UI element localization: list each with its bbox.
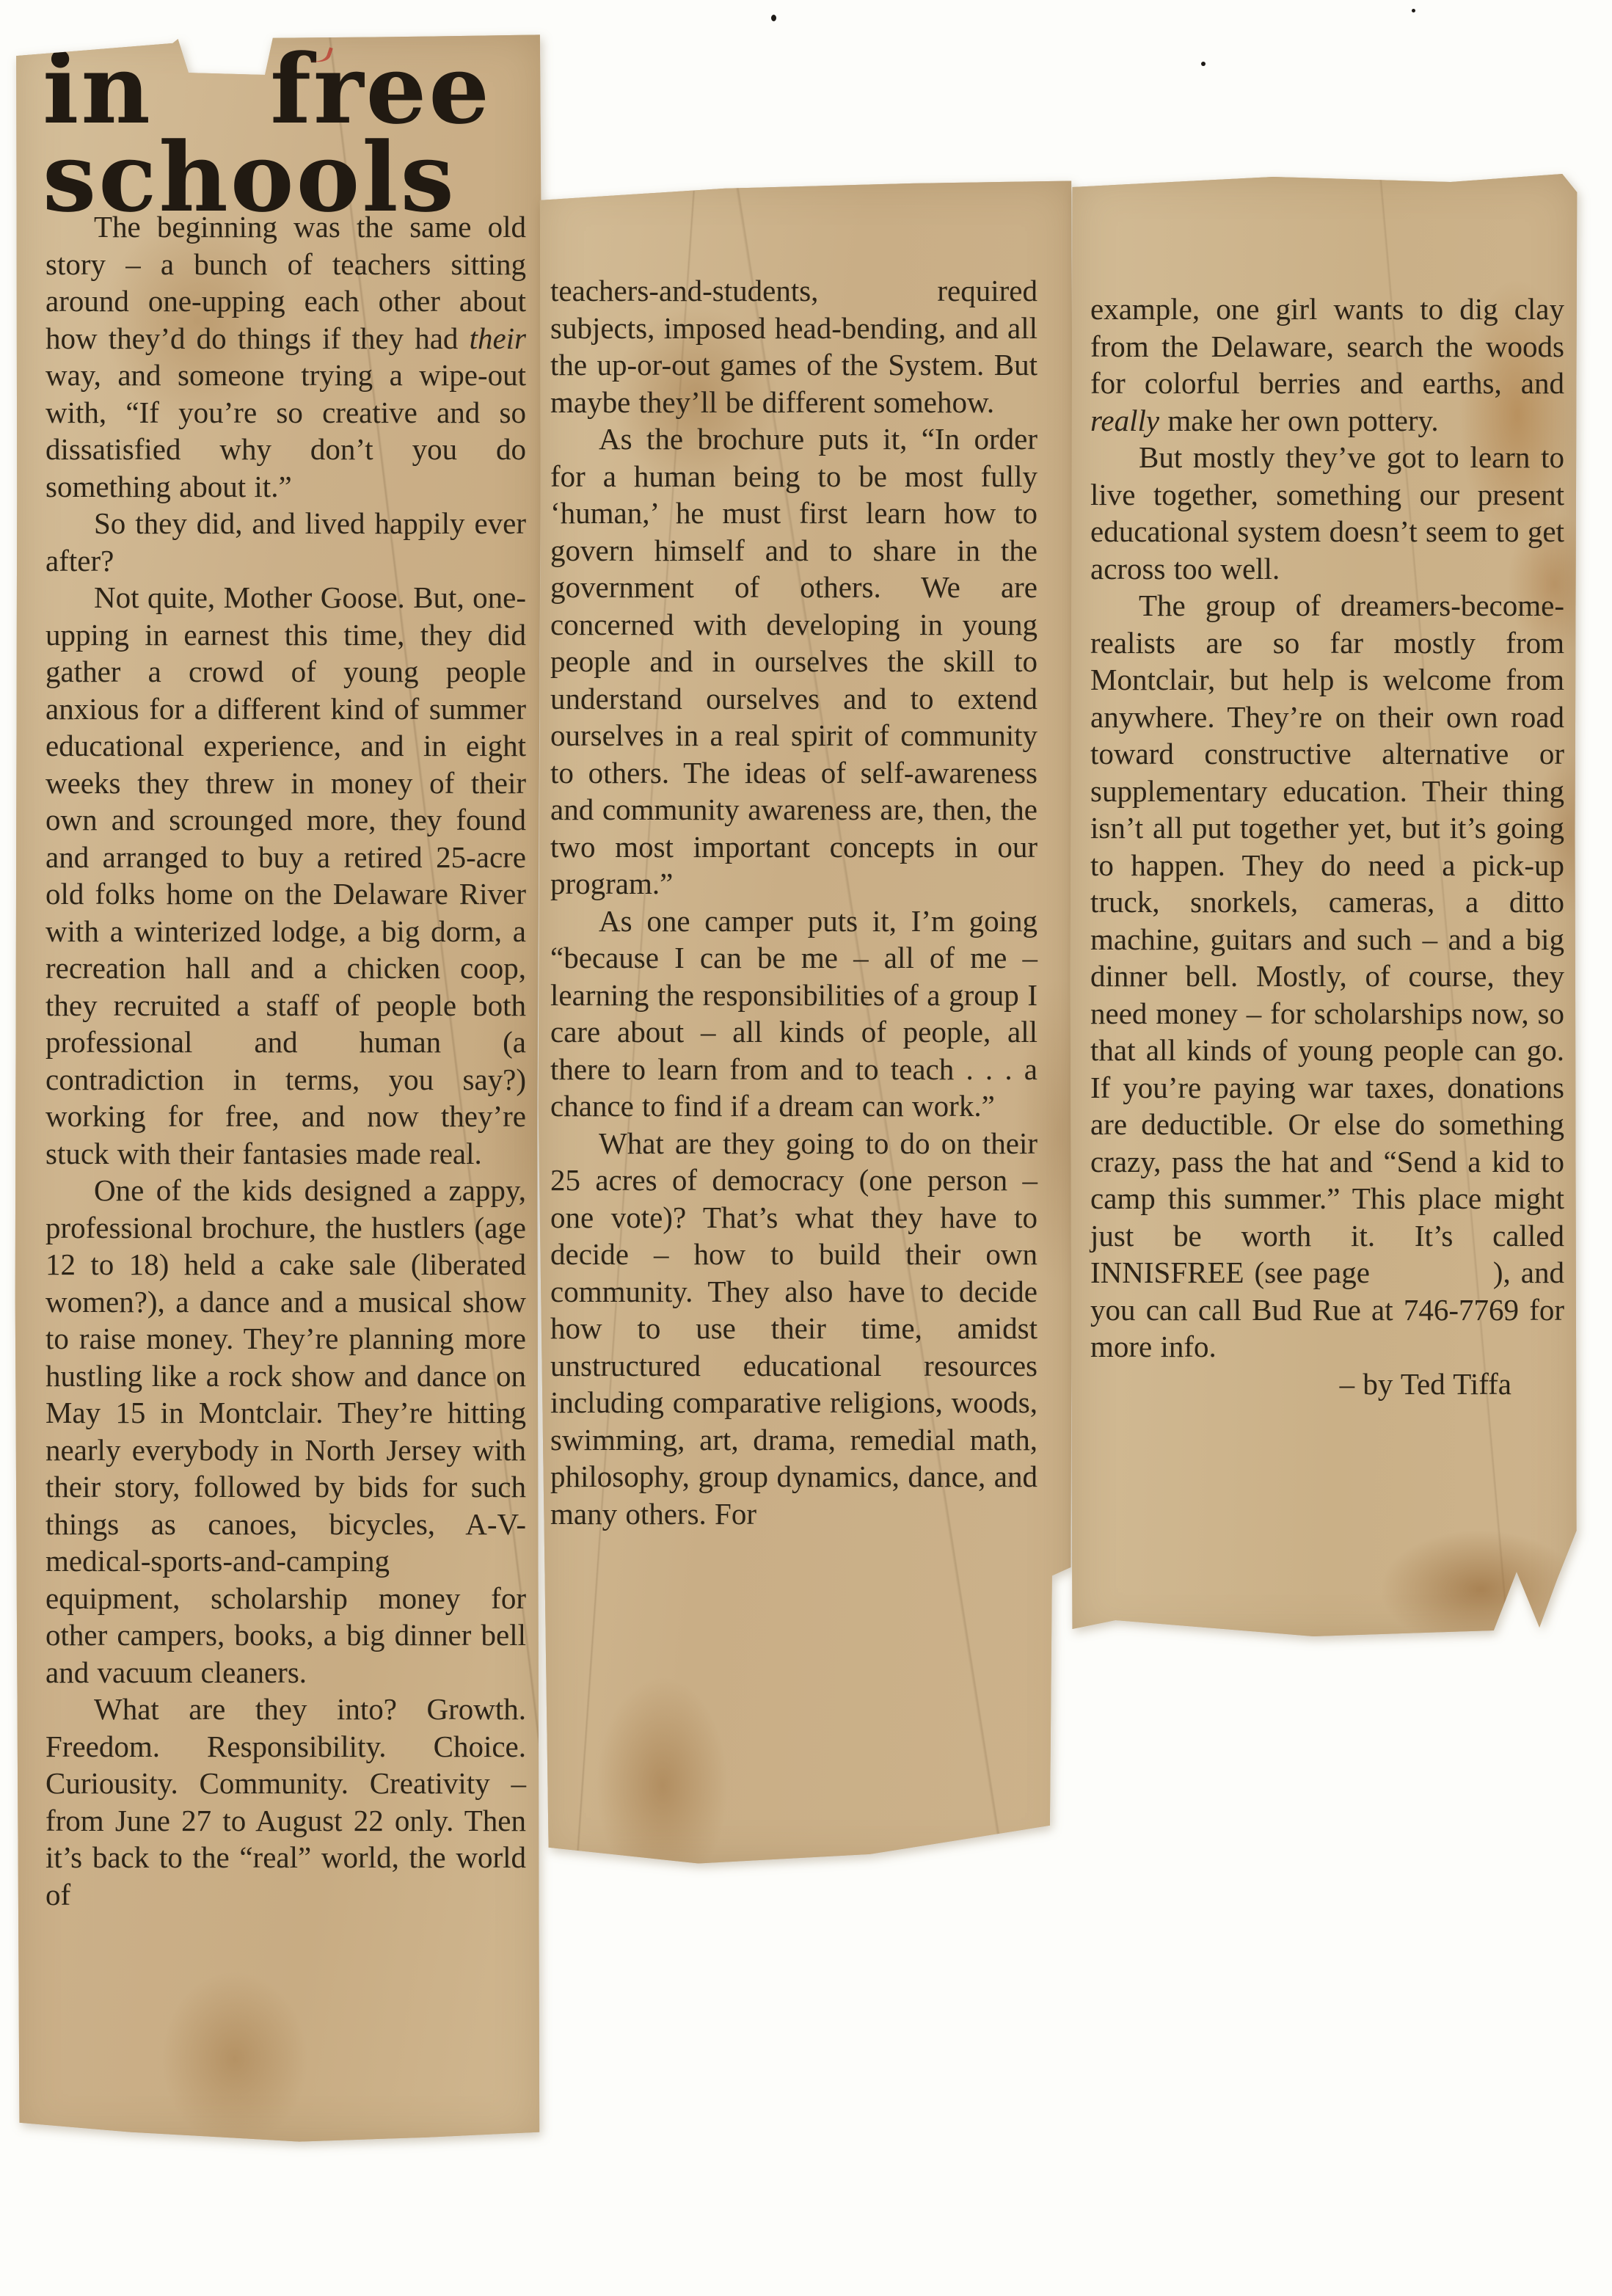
paragraph: The group of dreamers-become-realists ar… [1090, 587, 1564, 1366]
paragraph: One of the kids designed a zappy, profes… [45, 1172, 526, 1691]
paragraph: What are they going to do on their 25 ac… [550, 1125, 1037, 1533]
paragraph: But mostly they’ve got to learn to live … [1090, 439, 1564, 587]
clipping-piece-right: example, one girl wants to dig clay from… [1070, 173, 1578, 1641]
paragraph: What are they into? Growth. Freedom. Res… [45, 1691, 526, 1913]
clipping-piece-left: in free schools The beginning was the sa… [15, 34, 541, 2143]
paragraph: As the brochure puts it, “In order for a… [550, 420, 1037, 903]
clipping-paper-middle: teachers-and-students, required subjects… [538, 178, 1073, 1866]
clipping-paper-left: in free schools The beginning was the sa… [15, 34, 541, 2143]
paragraph: Not quite, Mother Goose. But, one-upping… [45, 579, 526, 1172]
scan-speck [1201, 62, 1206, 66]
scanned-newspaper-clipping: { "headline": "in free schools", "byline… [0, 0, 1612, 2296]
paragraph: example, one girl wants to dig clay from… [1090, 291, 1564, 439]
clipping-paper-right: example, one girl wants to dig clay from… [1070, 173, 1578, 1641]
article-column-3: example, one girl wants to dig clay from… [1090, 291, 1564, 1402]
byline: – by Ted Tiffa [1090, 1366, 1564, 1403]
paragraph: So they did, and lived happily ever afte… [45, 505, 526, 579]
paragraph: As one camper puts it, I’m going “becaus… [550, 903, 1037, 1125]
article-column-1: The beginning was the same old story – a… [45, 208, 526, 1913]
paragraph: teachers-and-students, required subjects… [550, 272, 1037, 420]
paragraph: The beginning was the same old story – a… [45, 208, 526, 505]
article-column-2: teachers-and-students, required subjects… [550, 272, 1037, 1532]
clipping-piece-middle: teachers-and-students, required subjects… [538, 178, 1073, 1866]
scan-speck [771, 15, 776, 21]
scan-speck [1412, 9, 1415, 12]
